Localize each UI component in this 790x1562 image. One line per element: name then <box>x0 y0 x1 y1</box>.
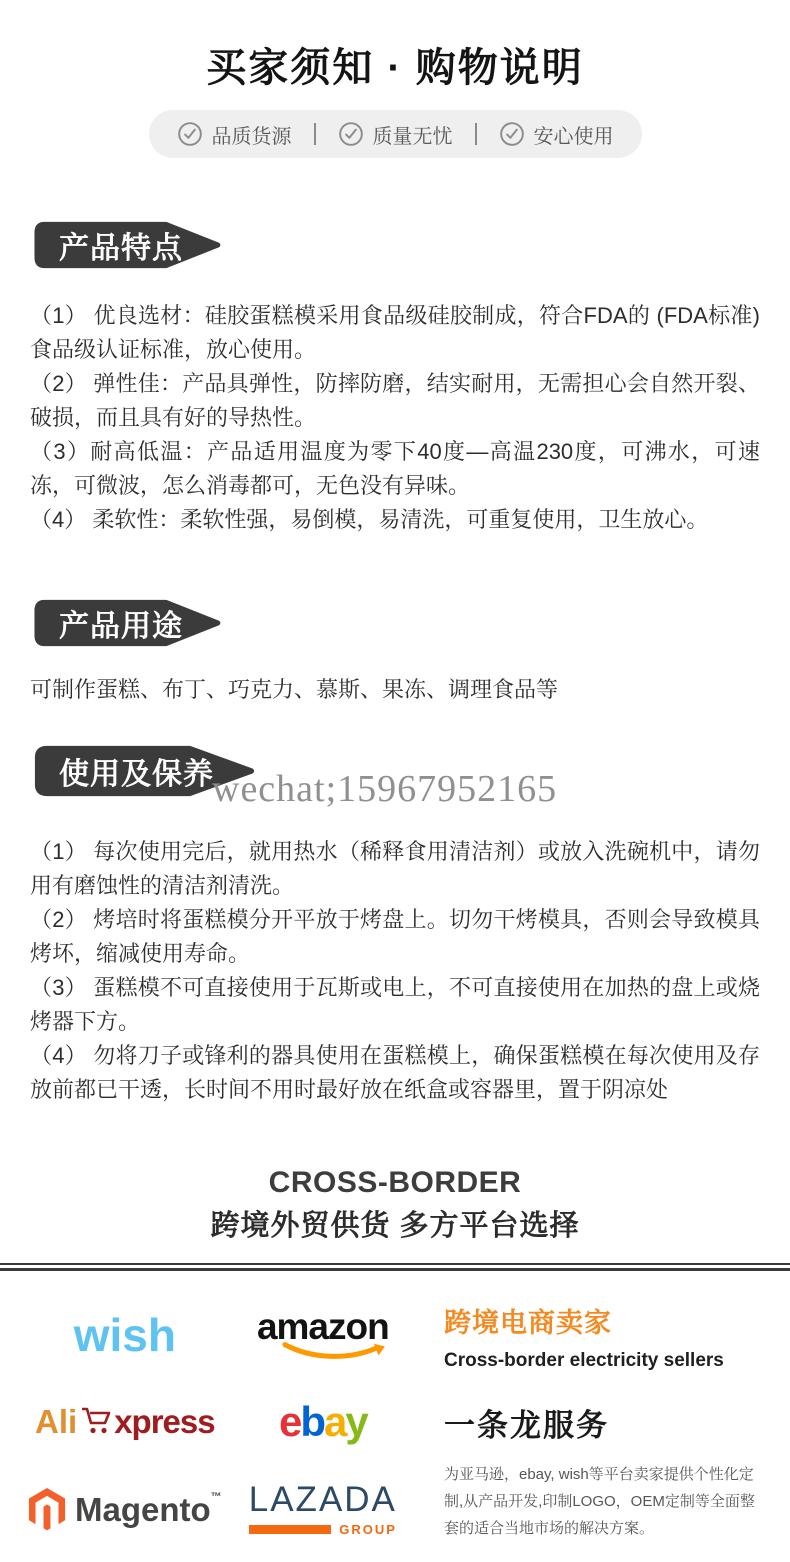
trademark-mark: ™ <box>211 1491 222 1503</box>
seller-description: 为亚马逊，ebay, wish等平台卖家提供个性化定制,从产品开发,印制LOGO… <box>444 1461 756 1542</box>
lazada-wordmark: LAZADA <box>249 1483 397 1517</box>
amazon-wordmark: amazon <box>257 1309 389 1345</box>
feature-item: （3）耐高低温：产品适用温度为零下40度—高温230度，可沸水，可速冻，可微波，… <box>30 435 760 503</box>
badge-label: 品质货源 <box>212 120 292 149</box>
ebay-letter: y <box>345 1398 366 1445</box>
magento-wordmark: Magento™ <box>75 1491 222 1529</box>
cross-border-title: CROSS-BORDER <box>0 1165 790 1201</box>
page-title: 买家须知 · 购物说明 <box>0 0 790 92</box>
badge-label: 质量无忧 <box>373 120 453 149</box>
quality-badge-bar: 品质货源 质量无忧 安心使用 <box>149 110 642 158</box>
feature-item: （1） 优良选材：硅胶蛋糕模采用食品级硅胶制成，符合FDA的 (FDA标准) 食… <box>30 299 760 367</box>
section-banner-features: 产品特点 <box>32 221 222 269</box>
platform-logo-grid: wish amazon Ali xpress ebay <box>28 1297 416 1542</box>
care-paragraphs: （1） 每次使用完后，就用热水（稀释食用清洁剂）或放入洗碗机中，请勿用有磨蚀性的… <box>30 835 760 1107</box>
care-item: （2） 烤培时将蛋糕模分开平放于烤盘上。切勿干烤模具，否则会导致模具烤坏，缩减使… <box>30 903 760 971</box>
features-paragraphs: （1） 优良选材：硅胶蛋糕模采用食品级硅胶制成，符合FDA的 (FDA标准) 食… <box>30 299 760 537</box>
ebay-letter: a <box>324 1398 345 1445</box>
section-banner-usage: 产品用途 <box>32 599 222 647</box>
lazada-group-row: GROUP <box>249 1522 397 1537</box>
badge-quality-source: 品质货源 <box>177 120 292 149</box>
section-heading-usage: 产品用途 <box>32 601 183 645</box>
lazada-orange-bar <box>249 1525 331 1534</box>
double-divider <box>0 1263 790 1271</box>
feature-item: （4） 柔软性：柔软性强，易倒模，易清洗，可重复使用，卫生放心。 <box>30 503 760 537</box>
aliexpress-cart-icon <box>79 1405 113 1437</box>
aliexpress-logo: Ali xpress <box>35 1403 215 1441</box>
amazon-logo: amazon <box>256 1309 390 1361</box>
wish-logo: wish <box>74 1308 176 1362</box>
check-circle-icon <box>499 121 525 147</box>
badge-no-worry-quality: 质量无忧 <box>338 120 453 149</box>
seller-title-zh: 跨境电商卖家 <box>444 1301 756 1340</box>
care-item: （3） 蛋糕模不可直接使用于瓦斯或电上，不可直接使用在加热的盘上或烧烤器下方。 <box>30 971 760 1039</box>
cross-border-subtitle: 跨境外贸供货 多方平台选择 <box>0 1207 790 1245</box>
section-heading-care: 使用及保养 <box>32 749 214 793</box>
section-heading-features: 产品特点 <box>32 223 183 267</box>
check-circle-icon <box>177 121 203 147</box>
product-description-page: 买家须知 · 购物说明 品质货源 质量无忧 安心使用 <box>0 0 790 1562</box>
lazada-logo: LAZADA GROUP <box>249 1483 397 1537</box>
lazada-group-text: GROUP <box>339 1522 397 1537</box>
usage-text: 可制作蛋糕、布丁、巧克力、慕斯、果冻、调理食品等 <box>30 673 760 707</box>
ebay-letter: e <box>279 1398 300 1445</box>
platforms-section: wish amazon Ali xpress ebay <box>0 1297 790 1542</box>
badge-separator <box>314 123 316 145</box>
magento-logo: Magento™ <box>28 1488 222 1532</box>
wechat-watermark: wechat;15967952165 <box>212 767 557 811</box>
badge-label: 安心使用 <box>534 120 614 149</box>
seller-title-en: Cross-border electricity sellers <box>444 1350 756 1372</box>
ebay-logo: ebay <box>279 1398 367 1446</box>
aliexpress-ali-text: Ali <box>35 1403 77 1441</box>
care-item: （1） 每次使用完后，就用热水（稀释食用清洁剂）或放入洗碗机中，请勿用有磨蚀性的… <box>30 835 760 903</box>
badge-safe-use: 安心使用 <box>499 120 614 149</box>
aliexpress-xpress-text: xpress <box>114 1403 214 1441</box>
care-banner-row: 使用及保养 wechat;15967952165 <box>0 745 790 797</box>
seller-service-title: 一条龙服务 <box>444 1400 756 1445</box>
feature-item: （2） 弹性佳：产品具弹性，防摔防磨，结实耐用，无需担心会自然开裂、破损，而且具… <box>30 367 760 435</box>
care-item: （4） 勿将刀子或锋利的器具使用在蛋糕模上，确保蛋糕模在每次使用及存放前都已干透… <box>30 1039 760 1107</box>
badge-separator <box>475 123 477 145</box>
seller-info-column: 跨境电商卖家 Cross-border electricity sellers … <box>416 1297 790 1542</box>
check-circle-icon <box>338 121 364 147</box>
amazon-smile-icon <box>278 1341 390 1361</box>
ebay-letter: b <box>300 1398 324 1445</box>
magento-logo-icon <box>28 1488 66 1532</box>
